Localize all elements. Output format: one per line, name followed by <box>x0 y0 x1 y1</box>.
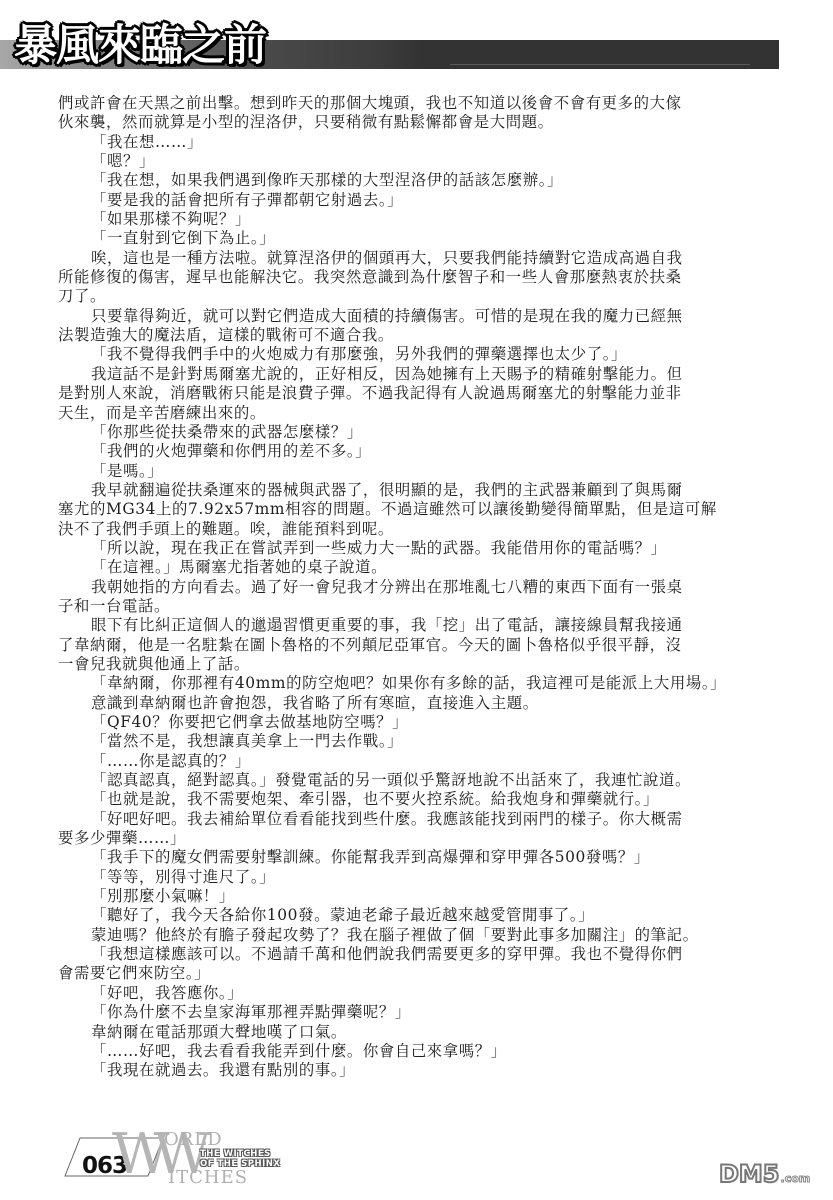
logo-word-world: ORLD <box>164 1129 223 1150</box>
text-line: 「所以說，現在我正在嘗試弄到一些威力大一點的武器。我能借用你的電話嗎？」 <box>58 539 798 558</box>
text-line: 「當然不是，我想讓真美拿上一門去作戰。」 <box>58 732 798 751</box>
text-line: 刀了。 <box>58 287 798 306</box>
text-line: 決不了我們手頭上的難題。唉，誰能預料到呢。 <box>58 520 798 539</box>
text-line: 「一直射到它倒下為止。」 <box>58 229 798 248</box>
text-line: 唉，這也是一種方法啦。就算涅洛伊的個頭再大，只要我們能持續對它造成高過自我 <box>58 249 798 268</box>
body-text: 們或許會在天黑之前出擊。想到昨天的那個大塊頭，我也不知道以後會不會有更多的大傢伙… <box>58 94 798 1081</box>
watermark-brand: DM5 <box>719 1160 780 1188</box>
text-line: 塞尤的MG34上的7.92x57mm相容的問題。不過這雖然可以讓後勤變得簡單點，… <box>58 500 798 519</box>
text-line: 「你為什麼不去皇家海軍那裡弄點彈藥呢？」 <box>58 1003 798 1022</box>
text-line: 「我在想，如果我們遇到像昨天那樣的大型涅洛伊的話該怎麼辦。」 <box>58 171 798 190</box>
text-line: 「……好吧，我去看看我能弄到什麼。你會自己來拿嗎？」 <box>58 1042 798 1061</box>
text-line: 「是嗎。」 <box>58 462 798 481</box>
text-line: 我早就翻遍從扶桑運來的器械與武器了，很明顯的是，我們的主武器兼顧到了與馬爾 <box>58 481 798 500</box>
text-line: 「QF40？你要把它們拿去做基地防空嗎？」 <box>58 713 798 732</box>
text-line: 要多少彈藥……」 <box>58 829 798 848</box>
text-line: 「我在想……」 <box>58 133 798 152</box>
chapter-header: 暴風來臨之前 <box>0 0 833 90</box>
text-line: 們或許會在天黑之前出擊。想到昨天的那個大塊頭，我也不知道以後會不會有更多的大傢 <box>58 94 798 113</box>
text-line: 「也就是說，我不需要炮架、牽引器，也不要火控系統。給我炮身和彈藥就行。」 <box>58 790 798 809</box>
text-line: 「好吧好吧。我去補給單位看看能找到些什麼。我應該能找到兩門的樣子。你大概需 <box>58 810 798 829</box>
text-line: 韋納爾在電話那頭大聲地嘆了口氣。 <box>58 1023 798 1042</box>
chapter-title: 暴風來臨之前 <box>14 12 266 73</box>
text-line: 「別那麼小氣嘛！」 <box>58 887 798 906</box>
text-line: 「……你是認真的？」 <box>58 752 798 771</box>
text-line: 「我想這樣應該可以。不過請千萬和他們說我們需要更多的穿甲彈。我也不覺得你們 <box>58 945 798 964</box>
text-line: 「嗯？」 <box>58 152 798 171</box>
text-line: 「等等，別得寸進尺了。」 <box>58 868 798 887</box>
text-line: 「你那些從扶桑帶來的武器怎麼樣？」 <box>58 423 798 442</box>
text-line: 「如果那樣不夠呢？」 <box>58 210 798 229</box>
logo-subtitle-line1: THE WITCHES <box>200 1149 271 1159</box>
text-line: 是對別人來說，消磨戰術只能是浪費子彈。不過我記得有人說過馬爾塞尤的射擊能力並非 <box>58 384 798 403</box>
text-line: 「我們的火炮彈藥和你們用的差不多。」 <box>58 442 798 461</box>
text-line: 眼下有比糾正這個人的邋遢習慣更重要的事，我「挖」出了電話，讓接線員幫我接通 <box>58 616 798 635</box>
text-line: 「好吧，我答應你。」 <box>58 984 798 1003</box>
text-line: 天生，而是辛苦磨練出來的。 <box>58 404 798 423</box>
text-line: 「要是我的話會把所有子彈都朝它射過去。」 <box>58 191 798 210</box>
text-line: 「我手下的魔女們需要射擊訓練。你能幫我弄到高爆彈和穿甲彈各500發嗎？」 <box>58 848 798 867</box>
series-logo: 063 WW ORLD THE WITCHES OF THE SPHINX IT… <box>64 1125 304 1185</box>
text-line: 法製造強大的魔法盾，這樣的戰術可不適合我。 <box>58 326 798 345</box>
text-line: 子和一台電話。 <box>58 597 798 616</box>
header-bar-rule <box>450 64 750 65</box>
text-line: 蒙迪嗎？他終於有膽子發起攻勢了？我在腦子裡做了個「要對此事多加關注」的筆記。 <box>58 926 798 945</box>
text-line: 「韋納爾，你那裡有40mm的防空炮吧？如果你有多餘的話，我這裡可是能派上大用場。… <box>58 674 798 693</box>
site-watermark: DM5.com <box>719 1160 810 1188</box>
text-line: 只要靠得夠近，就可以對它們造成大面積的持續傷害。可惜的是現在我的魔力已經無 <box>58 307 798 326</box>
text-line: 我這話不是針對馬爾塞尤說的，正好相反，因為她擁有上天賜予的精確射擊能力。但 <box>58 365 798 384</box>
text-line: 了韋納爾，他是一名駐紮在圖卜魯格的不列顛尼亞軍官。今天的圖卜魯格似乎很平靜，沒 <box>58 636 798 655</box>
text-line: 「我現在就過去。我還有點別的事。」 <box>58 1061 798 1080</box>
text-line: 一會兒我就與他通上了話。 <box>58 655 798 674</box>
text-line: 所能修復的傷害，遲早也能解決它。我突然意識到為什麼智子和一些人會那麼熱衷於扶桑 <box>58 268 798 287</box>
text-line: 會需要它們來防空。」 <box>58 964 798 983</box>
text-line: 意識到韋納爾也許會抱怨，我省略了所有寒暄，直接進入主題。 <box>58 694 798 713</box>
text-line: 「我不覺得我們手中的火炮威力有那麼強，另外我們的彈藥選擇也太少了。」 <box>58 345 798 364</box>
watermark-suffix: .com <box>781 1172 811 1185</box>
text-line: 「認真認真，絕對認真。」發覺電話的另一頭似乎驚訝地說不出話來了，我連忙說道。 <box>58 771 798 790</box>
text-line: 我朝她指的方向看去。過了好一會兒我才分辨出在那堆亂七八糟的東西下面有一張桌 <box>58 578 798 597</box>
text-line: 伙來襲，然而就算是小型的涅洛伊，只要稍微有點鬆懈都會是大問題。 <box>58 113 798 132</box>
text-line: 「聽好了，我今天各給你100發。蒙迪老爺子最近越來越愛管閒事了。」 <box>58 906 798 925</box>
text-line: 「在這裡。」馬爾塞尤指著她的桌子說道。 <box>58 558 798 577</box>
logo-word-witches: ITCHES <box>168 1167 248 1188</box>
